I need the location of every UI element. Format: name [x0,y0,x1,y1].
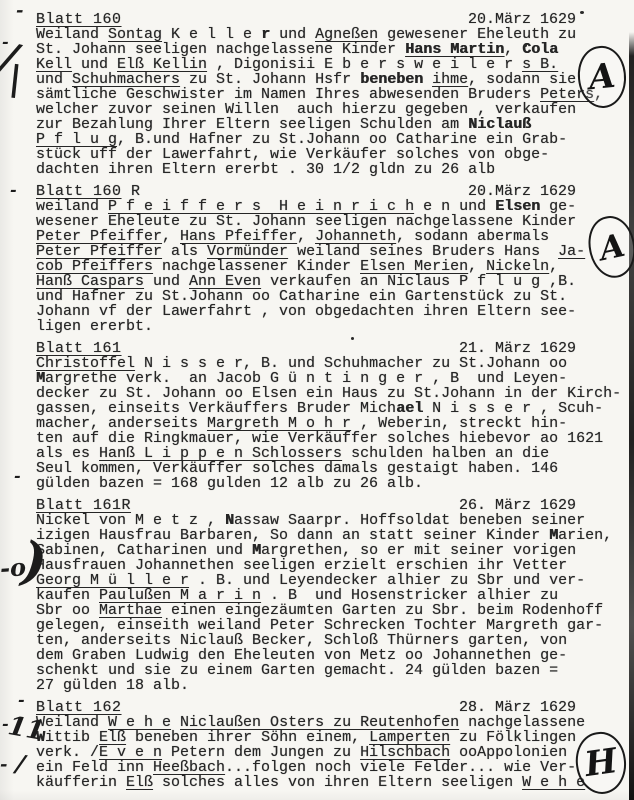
text-line: P f l u g, B.und Hafner zu St.Johann oo … [36,132,634,147]
entry-date: 28. März 1629 [459,700,576,715]
blatt-label: Blatt 162 [36,700,122,715]
text-line: verk. /E v e n Petern dem Jungen zu Hils… [36,745,634,760]
ink-speck [524,44,527,47]
handwritten-margin-mark: - [10,182,17,198]
handwritten-margin-mark: - [14,468,21,484]
text-line: Christoffel N i s s e r, B. und Schuhmac… [36,356,634,371]
text-line: und Schuhmachers zu St. Johann Hsfr bene… [36,72,634,87]
handwritten-margin-mark: 11 [6,713,46,745]
record-entry: Blatt 162 28. März 1629 Weiland W e h e … [36,700,634,790]
record-entry: Blatt 161 21. März 1629 Christoffel N i … [36,341,634,491]
entry-date: 21. März 1629 [459,341,576,356]
entry-header: Blatt 161R 26. März 1629 [36,498,634,513]
text-line: sämtliche Geschwister im Namen Ihres abw… [36,87,634,102]
text-line: Wittib Elß beneben ihrer Söhn einem, Lam… [36,730,634,745]
blatt-label: Blatt 160 [36,12,122,27]
entry-date: 20.März 1629 [468,184,576,199]
entry-body: Nickel von M e t z , Nassaw Saarpr. Hoff… [36,513,634,693]
text-line: käufferin Elß solches alles von ihren El… [36,775,634,790]
text-line: Peter Pfeiffer, Hans Pfeiffer, Johanneth… [36,229,634,244]
text-line: gelegen, einseith weiland Peter Schrecke… [36,618,634,633]
text-line: dem Graben Ludwig den Eheleuten von Metz… [36,648,634,663]
text-line: und Hafner zu St.Johann oo Catharine ein… [36,289,634,304]
record-entry: Blatt 161R 26. März 1629 Nickel von M e … [36,498,634,693]
text-line: welcher zuvor seinen Willen auch hierzu … [36,102,634,117]
text-line: stück uff der Lawerfahrt, wie Verkäufer … [36,147,634,162]
text-line: wesener Eheleute zu St. Johann seeligen … [36,214,634,229]
entry-header: Blatt 160 R 20.März 1629 [36,184,634,199]
text-line: Weiland Sontag K e l l e r und Agneßen g… [36,27,634,42]
entry-date: 20.März 1629 [468,12,576,27]
text-line: Nickel von M e t z , Nassaw Saarpr. Hoff… [36,513,634,528]
ink-speck [351,337,354,340]
text-line: weiland P f e i f f e r s H e i n r i c … [36,199,634,214]
text-line: gassen, einseits Verkäuffers Bruder Mich… [36,401,634,416]
text-line: Georg M ü l l e r . B. und Leyendecker a… [36,573,634,588]
blatt-label: Blatt 160 R [36,184,141,199]
record-entry: Blatt 160 R 20.März 1629 weiland P f e i… [36,184,634,334]
text-line: kaufen Paulußen M a r i n . B und Hosens… [36,588,634,603]
text-line: Sabinen, Catharinen und Margrethen, so e… [36,543,634,558]
text-line: Johann vf der Lawerfahrt , von obgedacht… [36,304,634,319]
handwritten-margin-mark: - [2,34,9,50]
text-line: als es Hanß L i p p e n Schlossers schul… [36,446,634,461]
text-line: macher, anderseits Margreth M o h r , We… [36,416,634,431]
text-line: dachten ihren Eltern ererbt . 30 1/2 gld… [36,162,634,177]
text-line: Margrethe verk. an Jacob G ü n t i n g e… [36,371,634,386]
record-entry: Blatt 160 20.März 1629 Weiland Sontag K … [36,12,634,177]
text-line: ten, anderseits Niclauß Becker, Schloß T… [36,633,634,648]
blatt-label: Blatt 161 [36,341,122,356]
handwritten-margin-mark: / [14,752,26,777]
entry-body: weiland P f e i f f e r s H e i n r i c … [36,199,634,334]
handwritten-margin-mark: - [16,2,23,20]
text-line: decker zu St. Johann oo Elsen ein Haus z… [36,386,634,401]
text-line: Kell und Elß Kellin , Digonisii E b e r … [36,57,634,72]
text-line: cob Pfeiffers nachgelassener Kinder Else… [36,259,634,274]
entry-header: Blatt 160 20.März 1629 [36,12,634,27]
text-line: Hausfrauen Johannethen seeligen erzielt … [36,558,634,573]
entries: Blatt 160 20.März 1629 Weiland Sontag K … [36,12,634,790]
handwritten-margin-mark: | [7,61,23,96]
text-line: St. Johann seeligen nachgelassene Kinder… [36,42,634,57]
text-line: gülden bazen = 168 gulden 12 alb zu 26 a… [36,476,634,491]
entry-body: Weiland Sontag K e l l e r und Agneßen g… [36,27,634,177]
text-line: Weiland W e h e Niclaußen Osters zu Reut… [36,715,634,730]
page: Blatt 160 20.März 1629 Weiland Sontag K … [0,0,634,800]
blatt-label: Blatt 161R [36,498,131,513]
entry-date: 26. März 1629 [459,498,576,513]
handwritten-margin-mark: - [0,756,7,774]
text-line: zur Bezahlung Ihrer Eltern seeligen Schu… [36,117,634,132]
text-line: ligen ererbt. [36,319,634,334]
entry-body: Christoffel N i s s e r, B. und Schuhmac… [36,356,634,491]
scan-edge-artifact [629,0,634,800]
text-line: Seul kommen, Verkäuffer solches damals g… [36,461,634,476]
ink-speck [580,11,584,14]
text-line: Peter Pfeiffer als Vormünder weiland sei… [36,244,634,259]
text-line: izigen Hausfrau Barbaren, So dann an sta… [36,528,634,543]
handwritten-margin-mark: ) [20,535,48,589]
text-line: 27 gülden 18 alb. [36,678,634,693]
text-line: ein Feld inn Heeßbach...folgen noch viel… [36,760,634,775]
entry-body: Weiland W e h e Niclaußen Osters zu Reut… [36,715,634,790]
text-line: Hanß Caspars und Ann Even verkaufen an N… [36,274,634,289]
entry-header: Blatt 161 21. März 1629 [36,341,634,356]
text-line: schenkt und sie zu einem Garten gemacht.… [36,663,634,678]
text-line: ten auf die Ringkmauer, wie Verkäuffer s… [36,431,634,446]
text-line: Sbr oo Marthae einen eingezäumten Garten… [36,603,634,618]
entry-header: Blatt 162 28. März 1629 [36,700,634,715]
handwritten-margin-mark: - [18,692,25,708]
